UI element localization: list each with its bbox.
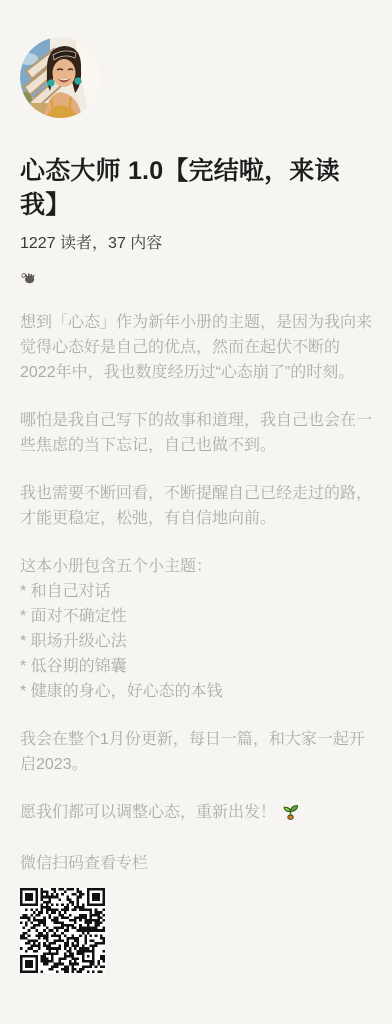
paragraph-1: 想到「心态」作为新年小册的主题，是因为我向来觉得心态好是自己的优点，然而在起伏不… <box>20 310 372 385</box>
wave-hand-icon <box>20 272 35 284</box>
intro-icon-row <box>20 271 372 284</box>
paragraph-2: 哪怕是我自己写下的故事和道理，我自己也会在一些焦虑的当下忘记，自己也做不到。 <box>20 408 372 458</box>
closing-text: 愿我们都可以调整心态，重新出发！ <box>20 804 276 821</box>
paragraph-5: 我会在整个1月份更新，每日一篇，和大家一起开启2023。 <box>20 727 372 777</box>
qr-code <box>20 888 105 973</box>
paragraph-3: 我也需要不断回看，不断提醒自己已经走过的路，才能更稳定，松弛，有自信地向前。 <box>20 481 372 531</box>
column-intro-page: 心态大师 1.0【完结啦，来读我】 1227 读者，37 内容 想到「心态」作为… <box>0 0 392 1024</box>
avatar <box>20 37 101 118</box>
page-title: 心态大师 1.0【完结啦，来读我】 <box>20 154 352 222</box>
qr-caption: 微信扫码查看专栏 <box>20 851 372 876</box>
avatar-image <box>20 37 101 118</box>
paragraph-closing: 愿我们都可以调整心态，重新出发！ <box>20 800 372 828</box>
topics-list: 这本小册包含五个小主题： * 和自己对话 * 面对不确定性 * 职场升级心法 *… <box>20 554 372 704</box>
column-stats: 1227 读者，37 内容 <box>20 233 372 255</box>
qr-code-image <box>20 888 105 973</box>
column-description: 想到「心态」作为新年小册的主题，是因为我向来觉得心态好是自己的优点，然而在起伏不… <box>20 310 372 973</box>
seedling-icon <box>282 803 299 828</box>
